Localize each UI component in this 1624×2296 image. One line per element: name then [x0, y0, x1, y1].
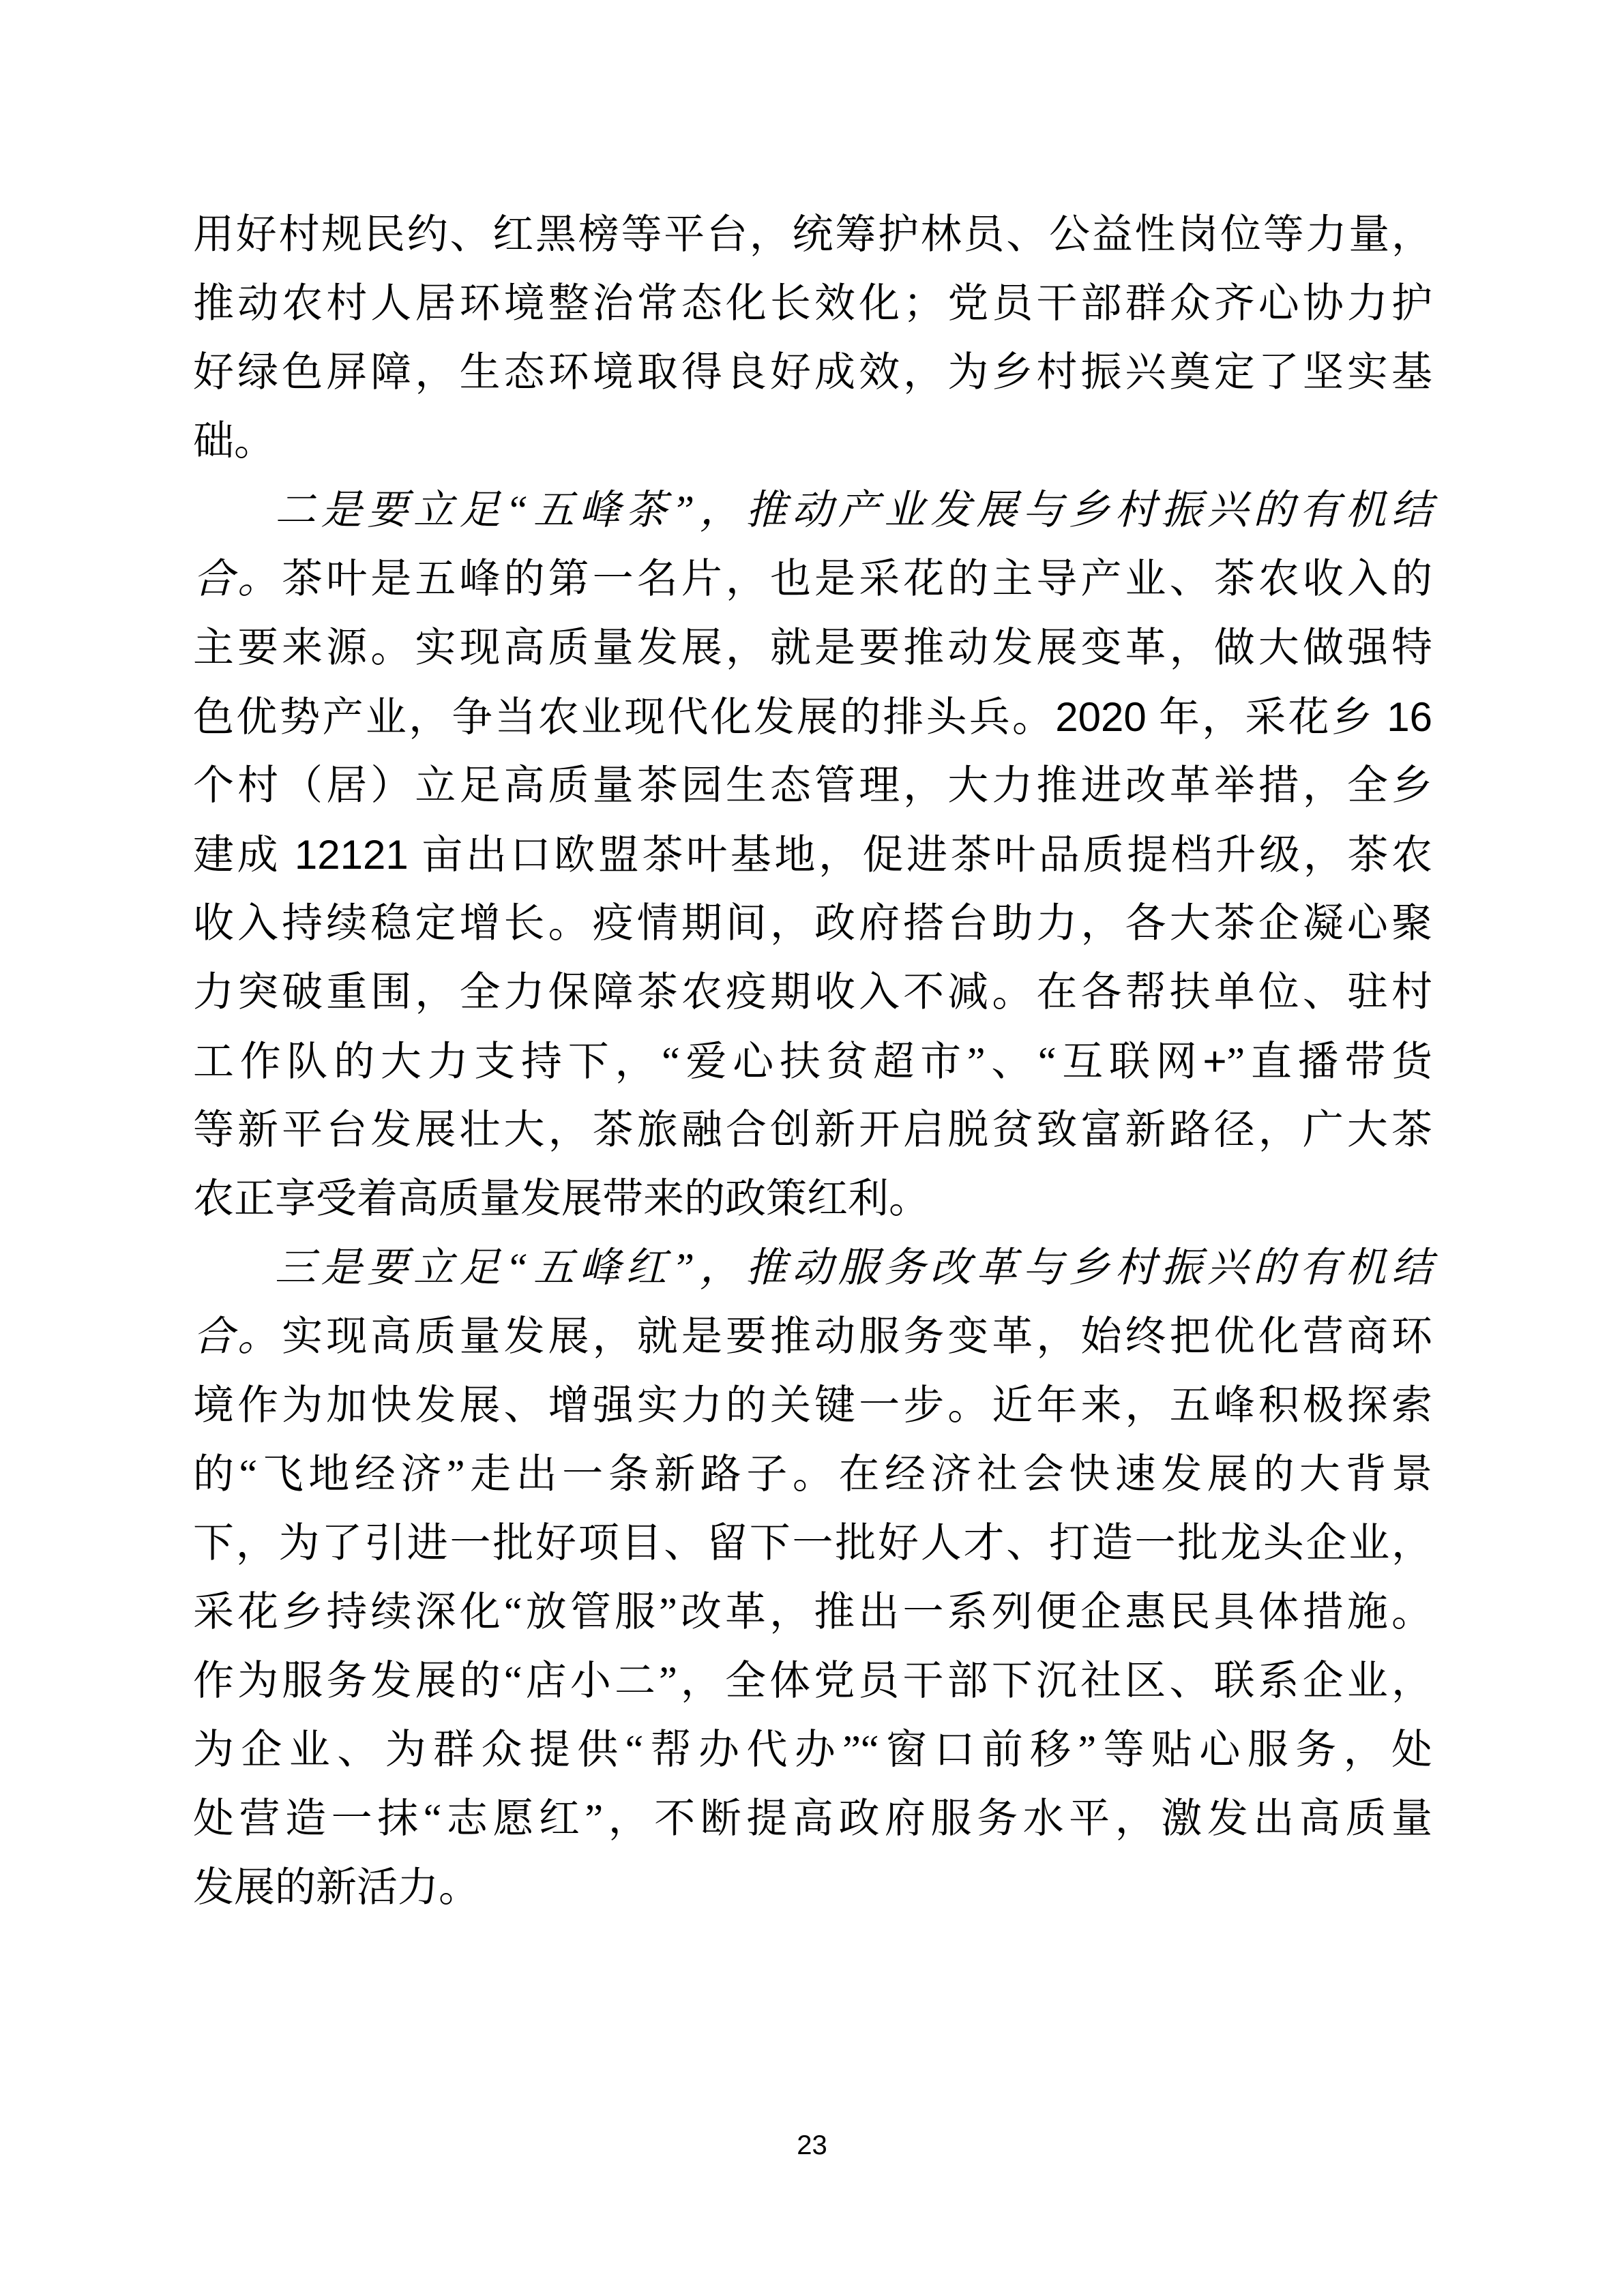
paragraph-1: 用好村规民约、红黑榜等平台，统筹护林员、公益性岗位等力量，推动农村人居环境整治常…: [193, 200, 1432, 476]
text-line: 础。: [193, 407, 1432, 476]
numeral: 16: [1387, 694, 1432, 740]
numeral: 12121: [295, 832, 409, 878]
text-line: 个村（居）立足高质量茶园生态管理，大力推进改革举措，全乡: [193, 751, 1432, 820]
text-line: 为企业、为群众提供“帮办代办”“窗口前移”等贴心服务，处: [193, 1716, 1432, 1785]
text-line: 境作为加快发展、增强实力的关键一步。近年来，五峰积极探索: [193, 1371, 1432, 1440]
text-run: 实现高质量发展，就是要推动服务变革，始终把优化营商环: [282, 1314, 1432, 1359]
text-run: 主要来源。实现高质量发展，就是要推动发展变革，做大做强特: [193, 625, 1432, 670]
text-line: 二是要立足“五峰茶”，推动产业发展与乡村振兴的有机结: [193, 476, 1432, 545]
text-line: 用好村规民约、红黑榜等平台，统筹护林员、公益性岗位等力量，: [193, 200, 1432, 269]
text-run: 推动农村人居环境整治常态化长效化；党员干部群众齐心协力护: [193, 281, 1432, 326]
text-run: 采花乡持续深化“放管服”改革，推出一系列便企惠民具体措施。: [193, 1590, 1432, 1635]
text-run: 茶叶是五峰的第一名片，也是采花的主导产业、茶农收入的: [282, 556, 1432, 601]
page-number: 23: [0, 2132, 1624, 2159]
text-line: 色优势产业，争当农业现代化发展的排头兵。2020 年，采花乡 16: [193, 683, 1432, 751]
text-line: 下，为了引进一批好项目、留下一批好人才、打造一批龙头企业，: [193, 1509, 1432, 1578]
text-line: 的“飞地经济”走出一条新路子。在经济社会快速发展的大背景: [193, 1440, 1432, 1509]
paragraph-3: 三是要立足“五峰红”，推动服务改革与乡村振兴的有机结合。实现高质量发展，就是要推…: [193, 1234, 1432, 1922]
numeral: +: [1202, 1039, 1226, 1084]
text-line: 工作队的大力支持下，“爱心扶贫超市”、“互联网+”直播带货: [193, 1027, 1432, 1096]
text-line: 合。茶叶是五峰的第一名片，也是采花的主导产业、茶农收入的: [193, 545, 1432, 614]
text-run: 发展的新活力。: [193, 1865, 479, 1910]
text-run: 下，为了引进一批好项目、留下一批好人才、打造一批龙头企业，: [193, 1521, 1432, 1566]
paragraph-2: 二是要立足“五峰茶”，推动产业发展与乡村振兴的有机结合。茶叶是五峰的第一名片，也…: [193, 476, 1432, 1234]
text-run: 处营造一抹“志愿红”，不断提高政府服务水平，激发出高质量: [193, 1796, 1432, 1841]
text-run: 用好村规民约、红黑榜等平台，统筹护林员、公益性岗位等力量，: [193, 212, 1432, 257]
text-run: 作为服务发展的“店小二”，全体党员干部下沉社区、联系企业，: [193, 1658, 1432, 1703]
text-run: 建成 12121 亩出口欧盟茶叶基地，促进茶叶品质提档升级，茶农: [193, 833, 1432, 878]
text-line: 三是要立足“五峰红”，推动服务改革与乡村振兴的有机结: [193, 1234, 1432, 1302]
text-run: 收入持续稳定增长。疫情期间，政府搭台助力，各大茶企凝心聚: [193, 901, 1432, 946]
text-line: 等新平台发展壮大，茶旅融合创新开启脱贫致富新路径，广大茶: [193, 1096, 1432, 1165]
text-run: 好绿色屏障，生态环境取得良好成效，为乡村振兴奠定了坚实基: [193, 350, 1432, 395]
text-line: 力突破重围，全力保障茶农疫期收入不减。在各帮扶单位、驻村: [193, 958, 1432, 1027]
text-line: 处营造一抹“志愿红”，不断提高政府服务水平，激发出高质量: [193, 1785, 1432, 1853]
text-line: 农正享受着高质量发展带来的政策红利。: [193, 1165, 1432, 1234]
text-run: 力突破重围，全力保障茶农疫期收入不减。在各帮扶单位、驻村: [193, 970, 1432, 1015]
text-line: 好绿色屏障，生态环境取得良好成效，为乡村振兴奠定了坚实基: [193, 338, 1432, 407]
text-run: 色优势产业，争当农业现代化发展的排头兵。2020 年，采花乡 16: [193, 695, 1432, 740]
document-page: 用好村规民约、红黑榜等平台，统筹护林员、公益性岗位等力量，推动农村人居环境整治常…: [0, 0, 1624, 2296]
text-run: 等新平台发展壮大，茶旅融合创新开启脱贫致富新路径，广大茶: [193, 1107, 1432, 1152]
text-line: 主要来源。实现高质量发展，就是要推动发展变革，做大做强特: [193, 614, 1432, 683]
text-line: 合。实现高质量发展，就是要推动服务变革，始终把优化营商环: [193, 1302, 1432, 1371]
paragraph-lead: 二是要立足“五峰茶”，推动产业发展与乡村振兴的有机结: [275, 488, 1432, 533]
text-line: 作为服务发展的“店小二”，全体党员干部下沉社区、联系企业，: [193, 1647, 1432, 1716]
paragraph-lead: 合。: [193, 1314, 282, 1359]
text-run: 工作队的大力支持下，“爱心扶贫超市”、“互联网+”直播带货: [193, 1039, 1432, 1084]
text-run: 境作为加快发展、增强实力的关键一步。近年来，五峰积极探索: [193, 1383, 1432, 1428]
paragraph-lead: 三是要立足“五峰红”，推动服务改革与乡村振兴的有机结: [275, 1245, 1432, 1290]
text-run: 为企业、为群众提供“帮办代办”“窗口前移”等贴心服务，处: [193, 1727, 1432, 1772]
text-line: 收入持续稳定增长。疫情期间，政府搭台助力，各大茶企凝心聚: [193, 889, 1432, 958]
text-line: 发展的新活力。: [193, 1853, 1432, 1922]
numeral: 2020: [1055, 694, 1146, 740]
text-line: 采花乡持续深化“放管服”改革，推出一系列便企惠民具体措施。: [193, 1578, 1432, 1647]
text-run: 础。: [193, 419, 275, 464]
text-run: 个村（居）立足高质量茶园生态管理，大力推进改革举措，全乡: [193, 763, 1432, 808]
text-block: 用好村规民约、红黑榜等平台，统筹护林员、公益性岗位等力量，推动农村人居环境整治常…: [193, 200, 1432, 1922]
text-line: 建成 12121 亩出口欧盟茶叶基地，促进茶叶品质提档升级，茶农: [193, 820, 1432, 889]
text-line: 推动农村人居环境整治常态化长效化；党员干部群众齐心协力护: [193, 269, 1432, 338]
text-run: 的“飞地经济”走出一条新路子。在经济社会快速发展的大背景: [193, 1452, 1432, 1497]
paragraph-lead: 合。: [193, 556, 282, 601]
text-run: 农正享受着高质量发展带来的政策红利。: [193, 1176, 930, 1221]
